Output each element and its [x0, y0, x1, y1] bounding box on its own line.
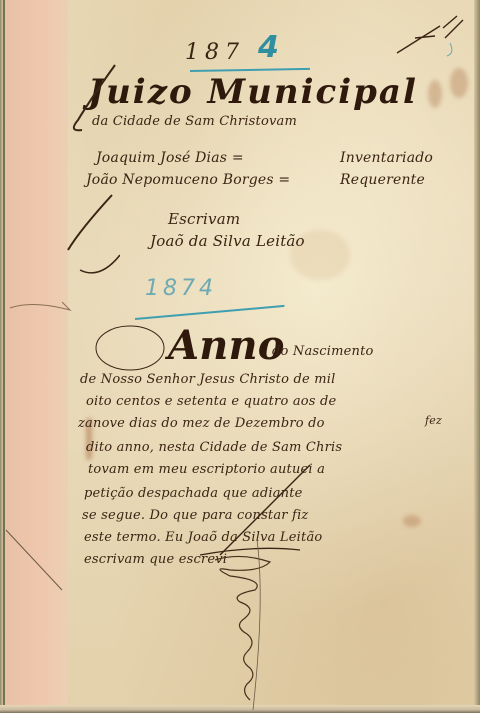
- document-title: Juizo Municipal: [88, 72, 418, 112]
- margin-ruling: [2, 300, 72, 600]
- anno-heading-rest: do Nascimento: [272, 344, 374, 359]
- body-line-2: oito centos e setenta e quatro aos de: [86, 394, 336, 409]
- stain: [403, 515, 421, 527]
- year-header-correction: 4: [258, 30, 279, 65]
- document-subtitle: da Cidade de Sam Christovam: [92, 114, 297, 129]
- anno-oval-flourish: [90, 320, 170, 375]
- page-number-mark: [395, 8, 465, 58]
- stain: [428, 80, 442, 108]
- quill-flourish: [60, 60, 120, 280]
- clerk-name: Joaõ da Silva Leitão: [150, 232, 305, 250]
- year-header: 187: [185, 40, 245, 65]
- page-right-edge: [474, 0, 480, 713]
- blue-underline: [135, 305, 285, 320]
- manuscript-page: 187 4 Juizo Municipal da Cidade de Sam C…: [0, 0, 480, 713]
- party-role-2: Requerente: [340, 172, 425, 188]
- margin-note: fez: [425, 414, 442, 427]
- signature-rubric: [195, 540, 305, 710]
- clerk-label: Escrivam: [168, 210, 240, 228]
- anno-heading: Anno: [168, 322, 285, 369]
- year-pencil: 1874: [145, 276, 217, 301]
- party-role-1: Inventariado: [340, 150, 433, 166]
- stain: [450, 68, 468, 98]
- body-line-4: dito anno, nesta Cidade de Sam Chris: [86, 440, 342, 455]
- body-line-3: zanove dias do mez de Dezembro do: [78, 416, 325, 431]
- body-line-1: de Nosso Senhor Jesus Christo de mil: [80, 372, 335, 387]
